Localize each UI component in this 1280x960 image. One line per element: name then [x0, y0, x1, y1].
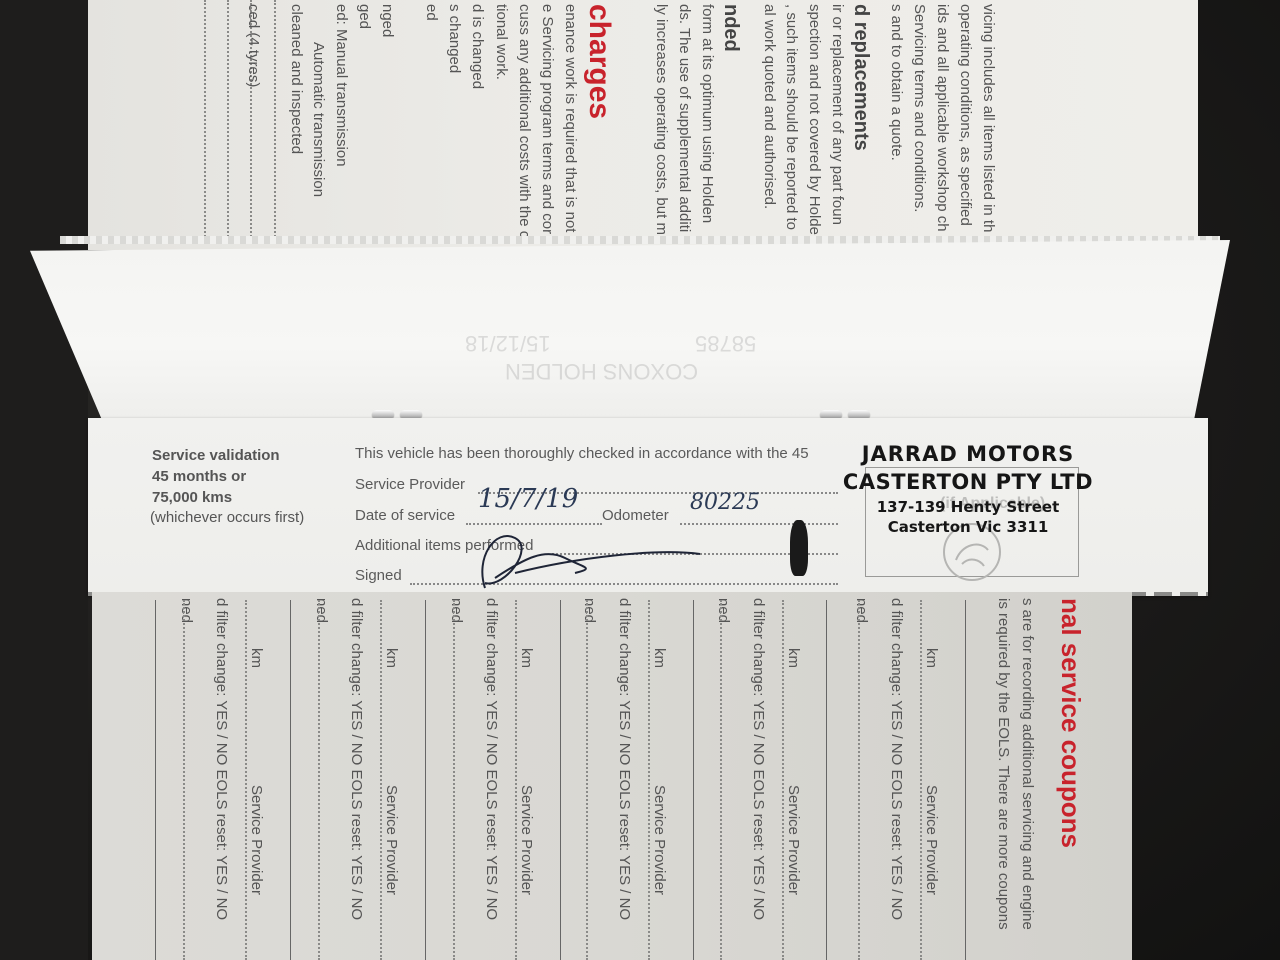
odometer-km-label: km	[785, 648, 802, 668]
odometer-km-label: km	[518, 648, 535, 668]
service-provider-label: Service Provider	[651, 785, 668, 895]
upper-text-line: cleaned and inspected	[288, 4, 305, 154]
heading-recommended: nded	[719, 4, 742, 52]
heading-additional-service-coupons: nal service coupons	[1055, 598, 1086, 848]
upper-text-line: operating conditions, as specified	[957, 4, 974, 226]
coupon-divider	[560, 600, 561, 960]
filter-eols-line: d filter change: YES / NO EOLS reset: YE…	[888, 598, 905, 920]
dotted-leader	[227, 0, 229, 240]
odometer-km-label: km	[248, 648, 265, 668]
upper-text-line: spection and not covered by Holde	[806, 4, 823, 235]
signed-label: ned	[581, 598, 598, 623]
intro-text-line: s are for recording additional servicing…	[1019, 598, 1036, 930]
stamp-street: 137-139 Henty Street	[828, 498, 1108, 516]
service-provider-label: Service Provider	[923, 785, 940, 895]
upper-text-line: ed	[423, 4, 440, 21]
signed-label: ned	[853, 598, 870, 623]
upper-text-line: enance work is required that is not	[562, 4, 579, 232]
coupon-divider	[290, 600, 291, 960]
service-provider-label: Service Provider	[785, 785, 802, 895]
coupon-divider	[425, 600, 426, 960]
km-field[interactable]	[648, 600, 650, 960]
coupon-divider	[155, 600, 156, 960]
upper-text-line: form at its optimum using Holden	[699, 4, 716, 223]
upper-text-line: e Servicing program terms and cor	[539, 4, 556, 234]
upper-text-line: cuss any additional costs with the c	[516, 4, 533, 238]
odometer-km-label: km	[923, 648, 940, 668]
signed-label: Signed	[355, 567, 402, 584]
coupon-divider	[965, 600, 966, 960]
odometer-km-label: km	[383, 648, 400, 668]
filter-eols-line: d filter change: YES / NO EOLS reset: YE…	[213, 598, 230, 920]
filter-eols-line: d filter change: YES / NO EOLS reset: YE…	[483, 598, 500, 920]
upper-text-line: s and to obtain a quote.	[888, 4, 905, 161]
signed-label: ned	[448, 598, 465, 623]
signature-field[interactable]	[453, 600, 455, 960]
validation-kms: 75,000 kms	[152, 487, 280, 508]
stamp-company: CASTERTON PTY LTD	[828, 470, 1108, 494]
heading-replacements: d replacements	[849, 4, 872, 151]
km-field[interactable]	[245, 600, 247, 960]
upper-text-line: nged	[379, 4, 396, 37]
upper-text-line: Automatic transmission	[310, 42, 327, 197]
signature-field[interactable]	[586, 600, 588, 960]
service-provider-label: Service Provider	[518, 785, 535, 895]
km-field[interactable]	[782, 600, 784, 960]
upper-text-line: ged	[356, 4, 373, 29]
date-of-service-value: 15/7/19	[478, 484, 578, 514]
signature-field[interactable]	[318, 600, 320, 960]
intro-text-line: is required by the EOLS. There are more …	[995, 598, 1012, 930]
upper-text-line: Servicing terms and conditions.	[911, 4, 928, 212]
ghost-odometer: 58785	[695, 330, 756, 356]
signed-label: ned	[178, 598, 195, 623]
upper-text-line: , such items should be reported to	[783, 4, 800, 230]
signature-field[interactable]	[183, 600, 185, 960]
upper-text-line: ds. The use of supplemental additi	[676, 4, 693, 232]
upper-text-line: ly increases operating costs, but m	[653, 4, 670, 235]
odometer-value: 80225	[690, 490, 760, 515]
upper-text-line: ids and all applicable workshop ch	[934, 4, 951, 232]
stamp-town: Casterton Vic 3311	[828, 518, 1108, 536]
upper-text-line: s changed	[446, 4, 463, 73]
coupon-divider	[693, 600, 694, 960]
upper-text-line: tional work.	[493, 4, 510, 80]
validation-title: Service validation	[152, 445, 280, 466]
dealer-stamp: JARRAD MOTORS CASTERTON PTY LTD 137-139 …	[828, 442, 1108, 536]
km-field[interactable]	[380, 600, 382, 960]
upper-text-line: ced (4 tyres)	[245, 4, 262, 87]
ghost-dealer-name: COXONS HOLDEN	[505, 358, 698, 384]
dotted-leader	[204, 0, 206, 240]
filter-eols-line: d filter change: YES / NO EOLS reset: YE…	[750, 598, 767, 920]
coupon-divider	[826, 600, 827, 960]
filter-eols-line: d filter change: YES / NO EOLS reset: YE…	[348, 598, 365, 920]
service-provider-label: Service Provider	[355, 476, 465, 493]
ghost-date: 15/12/18	[465, 330, 551, 356]
service-provider-label: Service Provider	[383, 785, 400, 895]
validation-heading: Service validation 45 months or 75,000 k…	[152, 445, 280, 508]
signature-field[interactable]	[720, 600, 722, 960]
upper-text-line: d is changed	[469, 4, 486, 89]
km-field[interactable]	[515, 600, 517, 960]
filter-eols-line: d filter change: YES / NO EOLS reset: YE…	[616, 598, 633, 920]
validation-months: 45 months or	[152, 466, 280, 487]
ink-smudge	[790, 520, 808, 576]
signature-scribble	[455, 518, 705, 598]
validation-note: (whichever occurs first)	[150, 509, 304, 526]
dark-background	[0, 0, 88, 960]
upper-text-line: ir or replacement of any part foun	[829, 4, 846, 225]
dotted-leader	[274, 0, 276, 240]
service-provider-label: Service Provider	[248, 785, 265, 895]
folded-coupon-flap	[30, 240, 1230, 420]
signature-field[interactable]	[858, 600, 860, 960]
validation-statement: This vehicle has been thoroughly checked…	[355, 445, 809, 462]
upper-text-line: vicing includes all items listed in th	[980, 4, 997, 232]
odometer-km-label: km	[651, 648, 668, 668]
date-of-service-label: Date of service	[355, 507, 455, 524]
upper-text-line: ed: Manual transmission	[333, 4, 350, 167]
upper-text-line: al work quoted and authorised.	[761, 4, 778, 209]
heading-charges: charges	[582, 4, 616, 119]
signed-label: ned	[313, 598, 330, 623]
stamp-dealer-name: JARRAD MOTORS	[828, 442, 1108, 466]
signed-label: ned	[715, 598, 732, 623]
km-field[interactable]	[920, 600, 922, 960]
